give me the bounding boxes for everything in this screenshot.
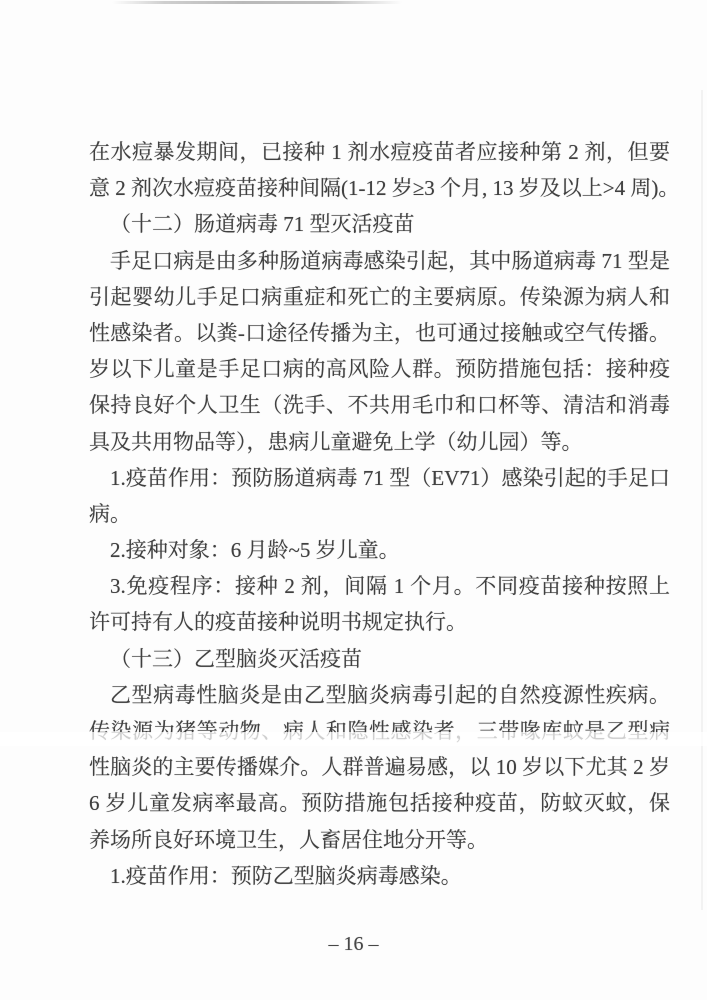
text-line: 2.接种对象：6 月龄~5 岁儿童。 [89, 532, 670, 568]
scanned-page: 在水痘暴发期间，已接种 1 剂水痘疫苗者应接种第 2 剂，但要注 意 2 剂次水… [0, 0, 707, 1000]
text-line: 意 2 剂次水痘疫苗接种间隔(1-12 岁≥3 个月, 13 岁及以上>4 周)… [89, 170, 670, 206]
text-line: 乙型病毒性脑炎是由乙型脑炎病毒引起的自然疫源性疾病。 [89, 677, 670, 713]
text-line: 具及共用物品等），患病儿童避免上学（幼儿园）等。 [89, 424, 670, 460]
scan-streak-top [112, 1, 402, 4]
text-line: 3.免疫程序：接种 2 剂，间隔 1 个月。不同疫苗接种按照上市 [89, 568, 670, 604]
text-line: 性脑炎的主要传播媒介。人群普遍易感，以 10 岁以下尤其 2 岁至 [89, 749, 670, 785]
text-line: 1.疫苗作用：预防肠道病毒 71 型（EV71）感染引起的手足口 [89, 460, 670, 496]
document-body: 在水痘暴发期间，已接种 1 剂水痘疫苗者应接种第 2 剂，但要注 意 2 剂次水… [89, 134, 670, 894]
text-line: 保持良好个人卫生（洗手、不共用毛巾和口杯等、清洁和消毒玩 [89, 387, 670, 423]
text-line: 许可持有人的疫苗接种说明书规定执行。 [89, 604, 670, 640]
text-line: 手足口病是由多种肠道病毒感染引起，其中肠道病毒 71 型是 [89, 243, 670, 279]
text-line: 在水痘暴发期间，已接种 1 剂水痘疫苗者应接种第 2 剂，但要注 [89, 134, 670, 170]
text-line: 性感染者。以粪-口途径传播为主，也可通过接触或空气传播。5 [89, 315, 670, 351]
text-line: 养场所良好环境卫生，人畜居住地分开等。 [89, 822, 670, 858]
text-line: 1.疫苗作用：预防乙型脑炎病毒感染。 [89, 858, 670, 894]
text-line: 6 岁儿童发病率最高。预防措施包括接种疫苗，防蚊灭蚊，保持饲 [89, 785, 670, 821]
text-line: （十二）肠道病毒 71 型灭活疫苗 [89, 206, 670, 242]
text-line: （十三）乙型脑炎灭活疫苗 [89, 641, 670, 677]
text-line: 引起婴幼儿手足口病重症和死亡的主要病原。传染源为病人和隐 [89, 279, 670, 315]
text-line: 岁以下儿童是手足口病的高风险人群。预防措施包括：接种疫苗， [89, 351, 670, 387]
text-line: 传染源为猪等动物、病人和隐性感染者，三带喙库蚊是乙型病毒 [89, 713, 670, 749]
scan-edge-line [701, 90, 703, 910]
text-line: 病。 [89, 496, 670, 532]
page-number: – 16 – [0, 931, 707, 957]
